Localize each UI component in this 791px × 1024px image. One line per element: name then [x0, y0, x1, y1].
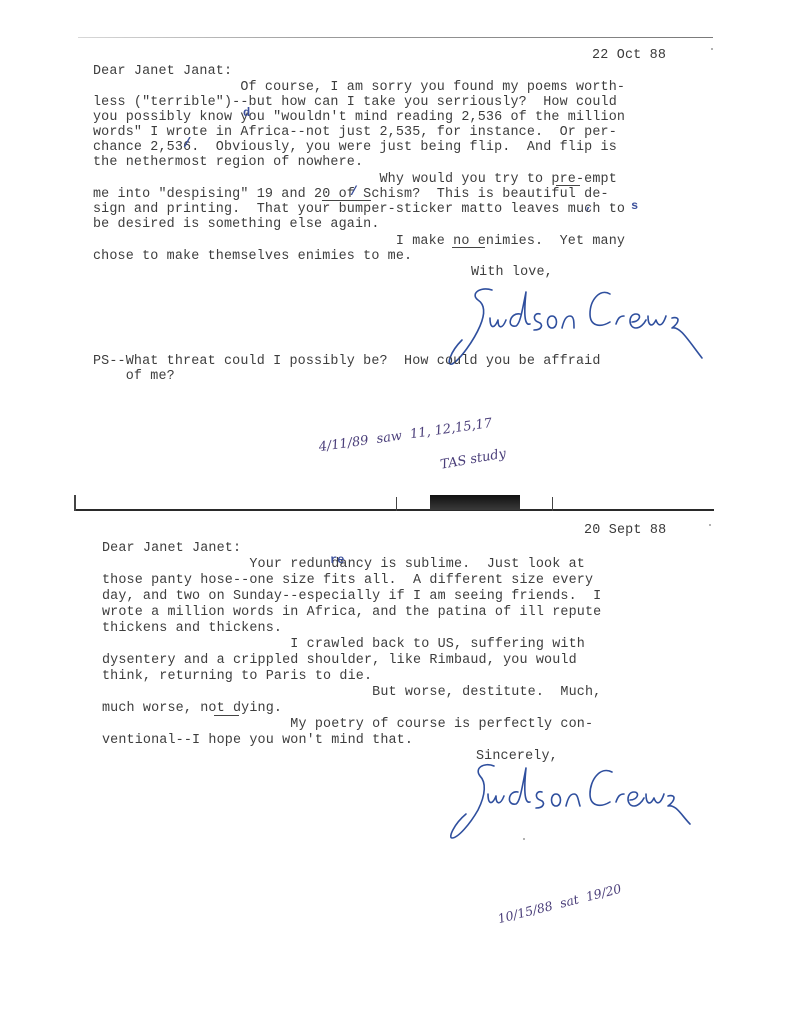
body-line: the nethermost region of nowhere.	[93, 155, 363, 170]
body-line: sign and printing. That your bumper-stic…	[93, 202, 625, 217]
body-line: chose to make themselves enimies to me.	[93, 249, 412, 264]
scanner-clip	[430, 495, 520, 510]
body-line: dysentery and a crippled shoulder, like …	[102, 653, 577, 668]
letter-2-date: 20 Sept 88	[584, 523, 666, 538]
ink-correction-mark: s	[631, 199, 638, 213]
letter-1-date: 22 Oct 88	[592, 48, 666, 63]
body-line: thickens and thickens.	[102, 621, 282, 636]
paper-speck	[709, 524, 711, 526]
body-line: I make no enimies. Yet many	[93, 234, 625, 249]
letter-2-signature	[444, 758, 694, 848]
body-line: My poetry of course is perfectly con-	[102, 717, 593, 732]
body-line: less ("terrible")--but how can I take yo…	[93, 95, 617, 110]
underline-make	[452, 247, 485, 248]
body-line: But worse, destitute. Much,	[102, 685, 601, 700]
page-top-edge	[78, 37, 713, 38]
paper-speck	[523, 838, 525, 840]
body-line: be desired is something else again.	[93, 217, 380, 232]
body-line: words" I wrote in Africa--not just 2,535…	[93, 125, 617, 140]
body-line: wrote a million words in Africa, and the…	[102, 605, 601, 620]
body-line: think, returning to Paris to die.	[102, 669, 372, 684]
ink-correction-mark: /	[183, 136, 191, 152]
letter-1-handwritten-note: TAS study	[439, 446, 507, 472]
body-line: Of course, I am sorry you found my poems…	[93, 80, 625, 95]
ink-correction-mark: re	[330, 553, 344, 567]
scan-divider	[74, 491, 714, 511]
letter-1-handwritten-note: 4/11/89 saw 11, 12,15,17	[318, 416, 493, 455]
ink-correction-mark: ,	[585, 199, 592, 213]
paper-speck	[711, 48, 713, 50]
body-line: much worse, not dying.	[102, 701, 282, 716]
letter-1-postscript: PS--What threat could I possibly be? How…	[93, 354, 601, 369]
letter-1-salutation: Dear Janet Janat:	[93, 64, 232, 79]
body-line: those panty hose--one size fits all. A d…	[102, 573, 593, 588]
underline-schism	[322, 200, 371, 201]
ink-correction-mark: d	[243, 106, 250, 120]
underline-not	[214, 715, 239, 716]
body-line: chance 2,536. Obviously, you were just b…	[93, 140, 617, 155]
letter-1-closing: With love,	[471, 265, 553, 280]
letter-1-postscript: of me?	[93, 369, 175, 384]
body-line: I crawled back to US, suffering with	[102, 637, 585, 652]
body-line: you possibly know you "wouldn't mind rea…	[93, 110, 625, 125]
body-line: day, and two on Sunday--especially if I …	[102, 589, 601, 604]
underline-try	[556, 185, 580, 186]
ink-correction-mark: /	[350, 184, 358, 199]
letter-2-handwritten-note: 10/15/88 sat 19/20	[496, 881, 623, 926]
body-line: ventional--I hope you won't mind that.	[102, 733, 413, 748]
letter-2-salutation: Dear Janet Janet:	[102, 541, 241, 556]
